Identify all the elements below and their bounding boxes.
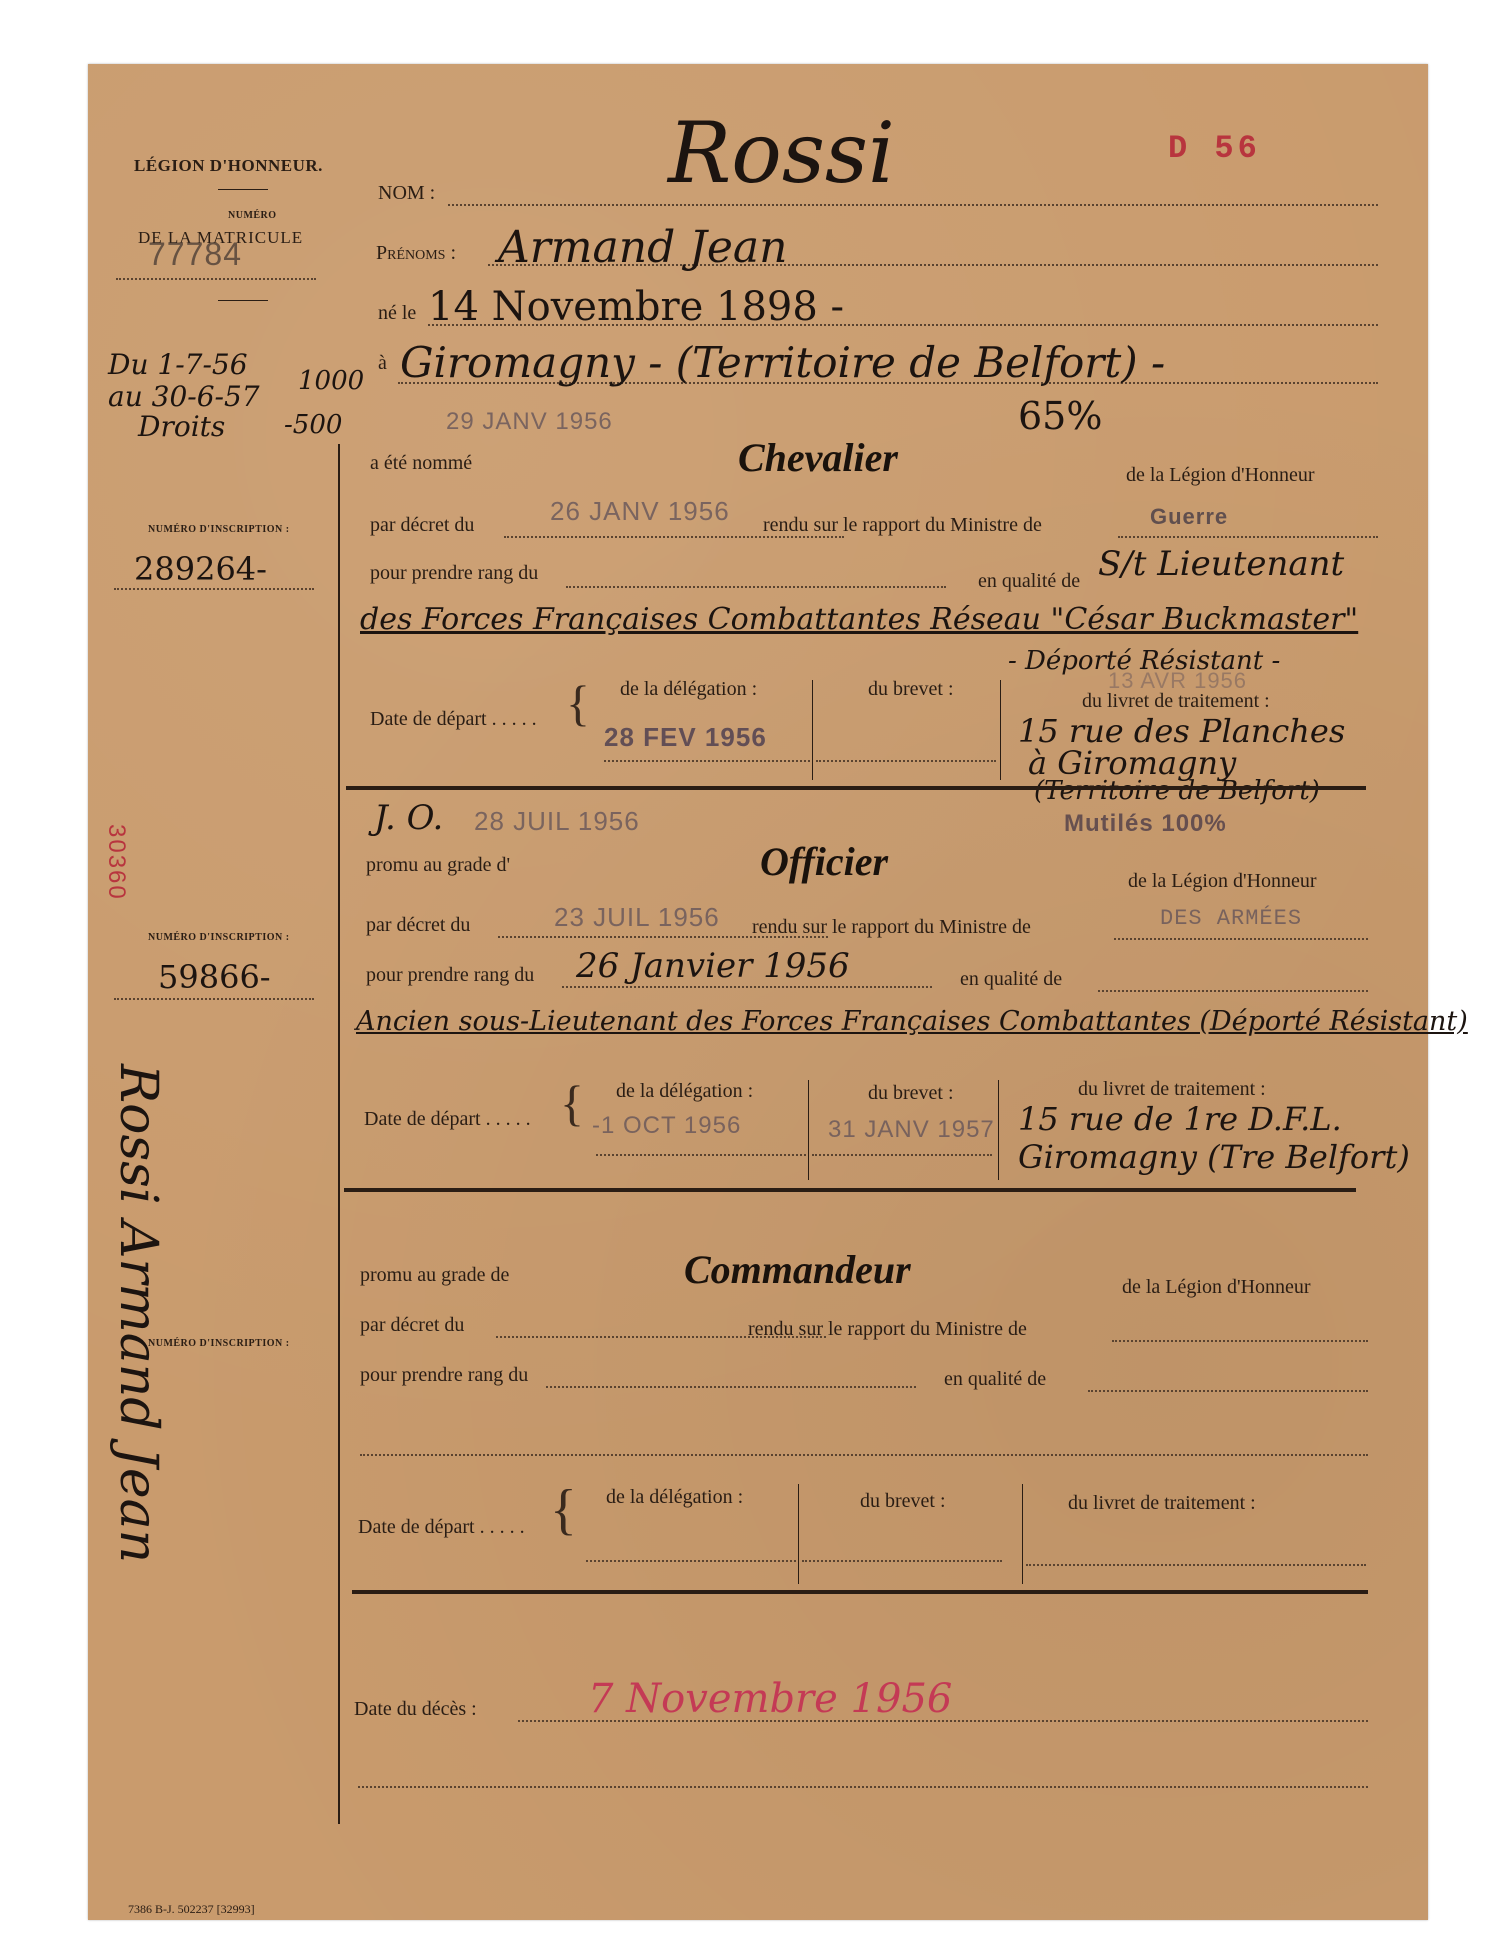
ne-le-label: né le [378,302,416,325]
numero-label: NUMÉRO [228,210,277,221]
qualite-label: en qualité de [944,1368,1046,1391]
ministre-line [1118,536,1378,538]
divider [218,189,268,190]
livret-line2: Giromagny (Tre Belfort) [1018,1138,1410,1176]
delegation-value: 28 FEV 1956 [604,722,767,753]
qualite-value: S/t Lieutenant [1098,544,1344,584]
margin-note-line2: au 30-6-57 [108,380,260,413]
qualite-line [1088,1390,1368,1392]
inscription-line [114,588,314,590]
rapport-label: rendu sur le rapport du Ministre de [752,916,1031,939]
livret-line [1026,1564,1366,1566]
livret-label: du livret de traitement : [1078,1078,1266,1101]
column-divider [798,1484,799,1584]
decret-label: par décret du [360,1314,464,1337]
nom-line [448,204,1378,206]
decret-label: par décret du [370,514,474,537]
rang-value: 26 Janvier 1956 [576,946,850,986]
jo-label: J. O. [374,798,443,838]
inscription-chevalier: 289264- [134,550,267,588]
signature: Rossi Armand Jean [108,1064,168,1563]
inscription-label: NUMÉRO D'INSCRIPTION : [148,932,290,943]
livret-line1: 15 rue de 1re D.F.L. [1018,1100,1342,1138]
document-card: LÉGION D'HONNEUR. NUMÉRO DE LA MATRICULE… [88,64,1428,1920]
rang-line [566,586,946,588]
divider [218,300,268,301]
promu-label: promu au grade d' [366,854,510,877]
ne-le-value: 14 Novembre 1898 - [428,284,844,330]
column-divider [1022,1484,1023,1584]
rapport-label: rendu sur le rapport du Ministre de [763,514,1042,537]
prenoms-label: Prénoms : [376,242,456,265]
column-divider [1000,680,1001,780]
column-divider [998,1080,999,1180]
column-divider [812,680,813,780]
ministre-line [1114,938,1368,940]
promu-label: promu au grade de [360,1264,509,1287]
percent-note: 65% [1018,394,1102,438]
matricule-line [116,278,316,280]
deces-label: Date du décès : [354,1698,477,1721]
brevet-label: du brevet : [868,678,954,701]
delegation-line [604,760,810,762]
prenoms-value: Armand Jean [498,222,788,273]
brevet-line [816,760,996,762]
file-code: D 56 [1168,130,1261,167]
received-stamp: 29 JANV 1956 [446,408,613,436]
livret-line3: (Territoire de Belfort) [1034,776,1320,806]
decret-label: par décret du [366,914,470,937]
grade-chevalier: Chevalier [738,434,898,481]
deces-line-extra [358,1786,1368,1788]
margin-note-line3: Droits [138,410,225,443]
delegation-label: de la délégation : [616,1080,753,1103]
deces-value: 7 Novembre 1956 [588,1676,952,1722]
delegation-label: de la délégation : [606,1486,743,1509]
brevet-value: 31 JANV 1957 [828,1116,995,1144]
rapport-label: rendu sur le rapport du Ministre de [748,1318,1027,1341]
qualite-line-extra [360,1454,1368,1456]
brevet-label: du brevet : [868,1082,954,1105]
delegation-line [586,1560,796,1562]
brevet-line [812,1154,992,1156]
rang-line [562,986,932,988]
depart-label: Date de départ . . . . . [358,1516,525,1539]
ministre-line [1112,1340,1368,1342]
rang-label: pour prendre rang du [370,562,538,585]
decret-value: 26 JANV 1956 [550,496,730,527]
column-divider [808,1080,809,1180]
inscription-label: NUMÉRO D'INSCRIPTION : [148,524,290,535]
legion-label: de la Légion d'Honneur [1126,464,1315,487]
section-divider [346,786,1366,790]
section-divider [344,1188,1356,1192]
lieu-value: Giromagny - (Territoire de Belfort) - [400,338,1165,387]
inscription-label: NUMÉRO D'INSCRIPTION : [148,1338,290,1349]
legion-label: de la Légion d'Honneur [1128,870,1317,893]
brace: { [560,1074,584,1132]
mutiles-stamp: Mutilés 100% [1064,810,1227,838]
rang-label: pour prendre rang du [366,964,534,987]
livret-label: du livret de traitement : [1068,1492,1256,1515]
nom-label: NOM : [378,182,435,205]
brace: { [550,1478,577,1542]
rang-line [546,1386,916,1388]
ministre-value: DES ARMÉES [1160,906,1302,931]
ministre-value: Guerre [1150,504,1228,530]
inscription-line [114,998,314,1000]
depart-label: Date de départ . . . . . [364,1108,531,1131]
decret-value: 23 JUIL 1956 [554,902,720,933]
grade-commandeur: Commandeur [684,1246,911,1293]
side-number: 30360 [102,824,130,901]
legion-label: de la Légion d'Honneur [1122,1276,1311,1299]
brace: { [566,674,590,732]
inscription-officier: 59866- [158,958,271,996]
grade-officier: Officier [760,838,888,885]
margin-amount2: -500 [284,410,342,440]
matricule-value: 77784 [148,236,242,273]
rang-label: pour prendre rang du [360,1364,528,1387]
qualite-label: en qualité de [978,570,1080,593]
delegation-line [596,1154,806,1156]
qualite-line2: des Forces Françaises Combattantes Résea… [360,602,1358,637]
brevet-label: du brevet : [860,1490,946,1513]
brevet-line [802,1560,1002,1562]
nom-value: Rossi [668,104,895,202]
delegation-label: de la délégation : [620,678,757,701]
depart-label: Date de départ . . . . . [370,708,537,731]
livret-label: du livret de traitement : [1082,690,1270,713]
margin-amount1: 1000 [298,366,364,396]
form-left-rule [338,444,340,1824]
lieu-label: à [378,352,387,375]
qualite-value: Ancien sous-Lieutenant des Forces França… [356,1006,1468,1037]
qualite-label: en qualité de [960,968,1062,991]
delegation-value: -1 OCT 1956 [592,1112,741,1140]
print-reference: 7386 B-J. 502237 [32993] [128,1902,255,1917]
jo-date: 28 JUIL 1956 [474,806,640,837]
nomme-label: a été nommé [370,452,472,475]
qualite-line [1098,990,1368,992]
org-title: LÉGION D'HONNEUR. [134,156,323,176]
margin-note-line1: Du 1-7-56 [108,348,248,381]
section-divider [352,1590,1368,1594]
